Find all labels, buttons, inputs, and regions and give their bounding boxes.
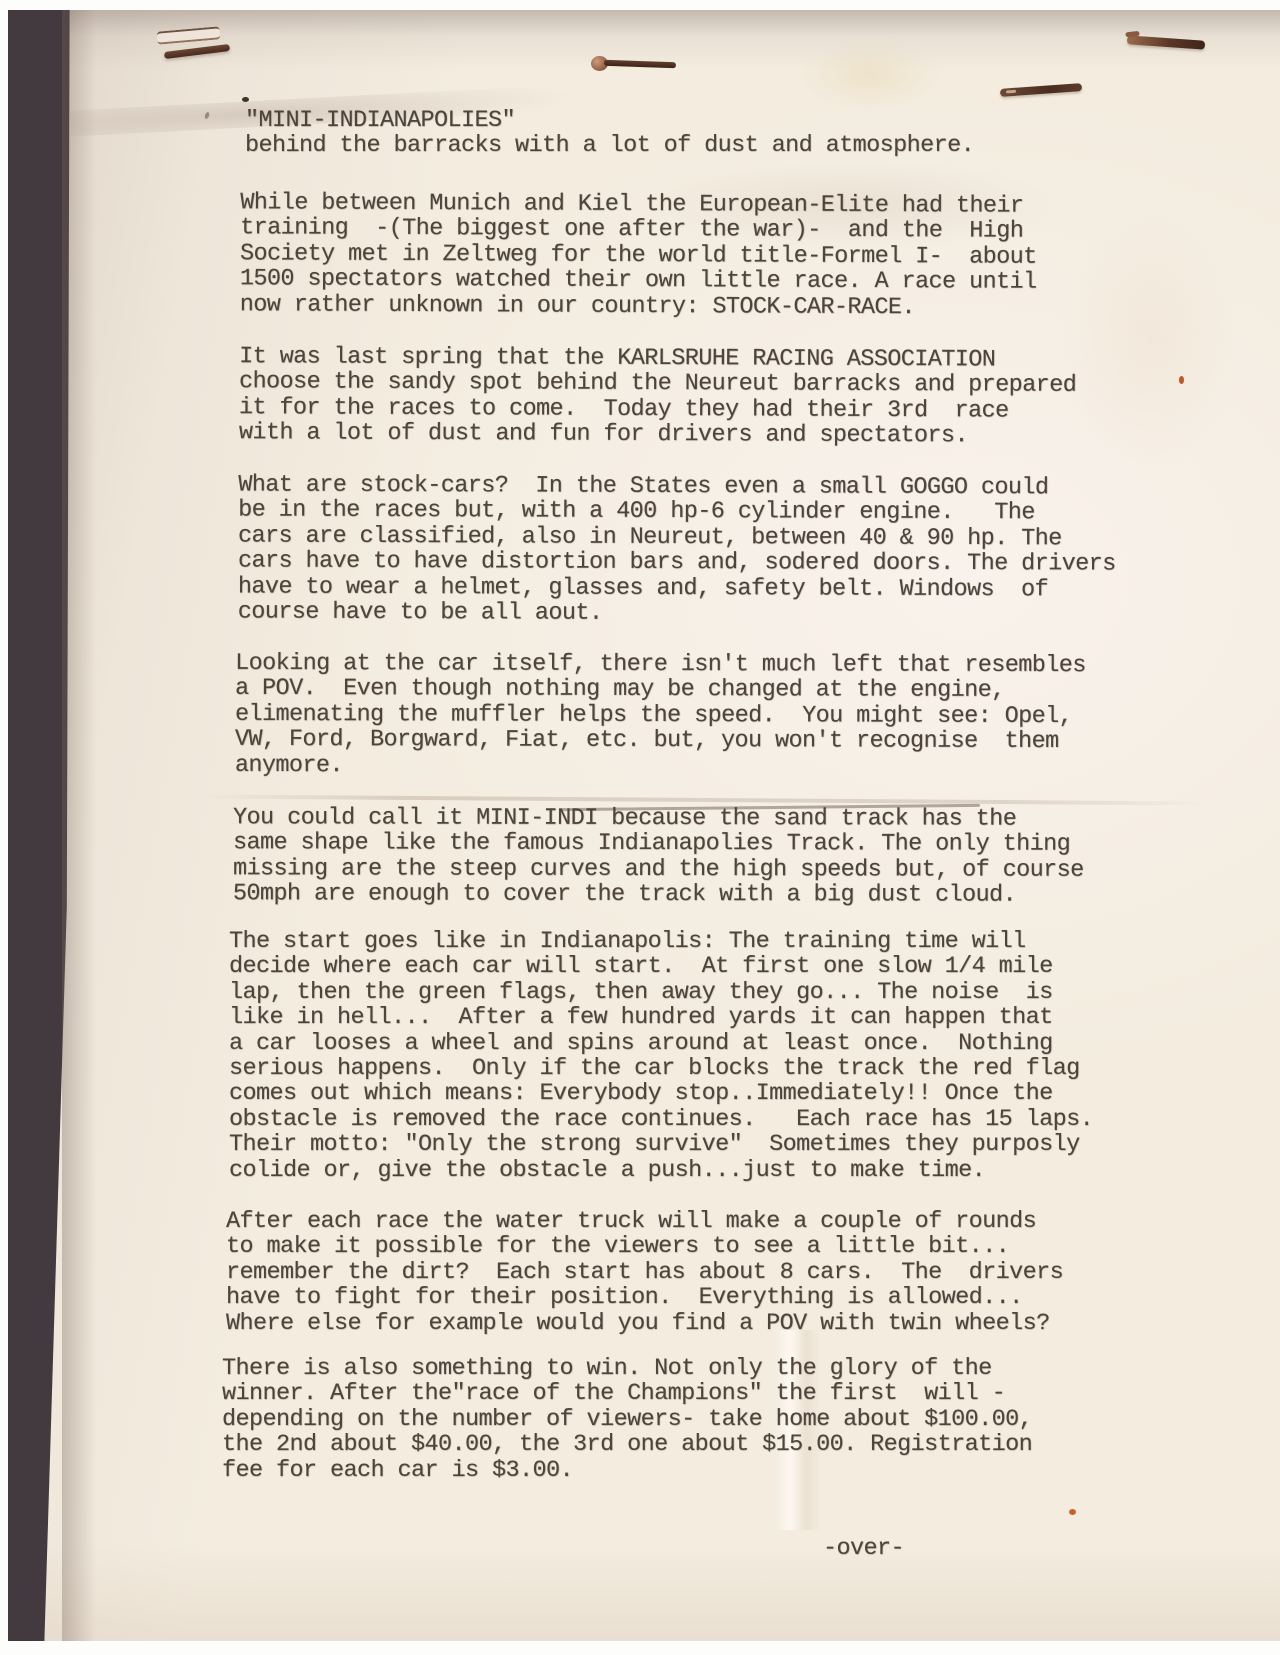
typed-paragraph: There is also something to win. Not only… [222, 1356, 1032, 1483]
rust-speck [1179, 376, 1184, 384]
paper-stain [800, 40, 940, 110]
page-footer-over: -over- [823, 1536, 904, 1561]
scanned-document: "MINI-INDIANAPOLIES" behind the barracks… [0, 0, 1280, 1655]
typed-paragraph: While between Munich and Kiel the Europe… [240, 190, 1037, 321]
typed-paragraph: What are stock-cars? In the States even … [238, 472, 1116, 628]
ink-speck [242, 97, 249, 102]
typed-paragraph: The start goes like in Indianapolis: The… [229, 929, 1093, 1183]
document-title-block: "MINI-INDIANAPOLIES" behind the barracks… [245, 108, 974, 159]
typed-paragraph: Looking at the car itself, there isn't m… [235, 651, 1086, 780]
typed-paragraph: It was last spring that the KARLSRUHE RA… [239, 344, 1077, 449]
paper-stain [1060, 210, 1240, 470]
rust-speck [1069, 1509, 1076, 1515]
typed-paragraph: You could call it MINI-INDI because the … [233, 805, 1084, 908]
typed-paragraph: After each race the water truck will mak… [226, 1209, 1063, 1336]
